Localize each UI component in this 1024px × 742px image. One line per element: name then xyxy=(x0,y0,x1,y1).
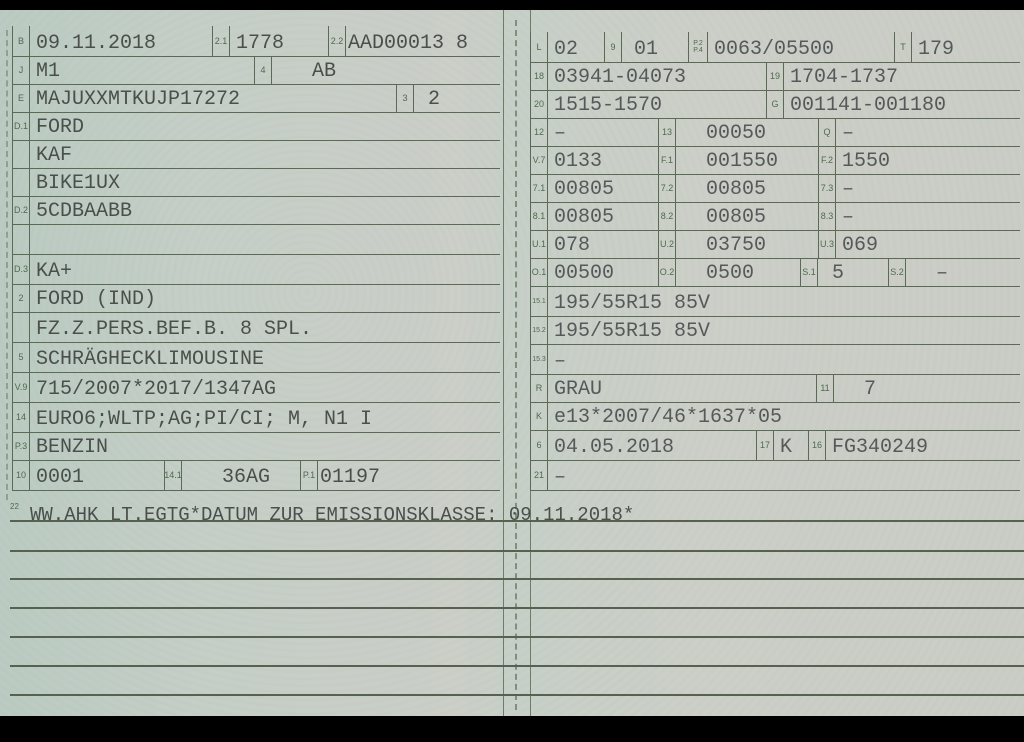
top-speed: 179 xyxy=(912,38,954,62)
vin-check-digit: 2 xyxy=(414,88,440,112)
row-15-3: 15.3– xyxy=(530,344,1020,375)
label-7-3: 7.3 xyxy=(818,174,836,202)
document-fold-spine xyxy=(503,10,531,716)
driven-axles: 01 xyxy=(622,38,688,62)
label-s1: S.1 xyxy=(800,258,818,286)
row-20: 20 1515-1570 G 001141-001180 xyxy=(530,90,1020,119)
label-q: Q xyxy=(818,118,836,146)
row-5-body: 5SCHRÄGHECKLIMOUSINE xyxy=(12,342,500,373)
label-17: 17 xyxy=(756,430,774,460)
blank-line-1 xyxy=(10,520,1024,522)
row-d1: D.1FORD xyxy=(12,112,500,141)
towing-unbraked: 0500 xyxy=(676,262,800,286)
label-15-1: 15.1 xyxy=(530,286,548,316)
version: 5CDBAABB xyxy=(30,200,132,224)
label-e: E xyxy=(12,84,30,112)
max-mass-permitted: 1550 xyxy=(836,150,890,174)
label-10: 10 xyxy=(12,460,30,490)
label-p2-p4: P.2 P.4 xyxy=(688,32,708,62)
towing-braked: 00500 xyxy=(548,262,658,286)
page-edge-perforation xyxy=(6,30,8,500)
blank-line-2 xyxy=(10,550,1024,552)
row-14: 14EURO6;WLTP;AG;PI/CI; M, N1 I xyxy=(12,402,500,433)
type-code: AAD00013 8 xyxy=(346,32,468,56)
row-12: 12 – 13 00050 Q – xyxy=(530,118,1020,147)
row-e: E MAJUXXMTKUJP17272 3 2 xyxy=(12,84,500,113)
make: FORD xyxy=(30,116,84,140)
right-column: L 02 9 01 P.2 P.4 0063/05500 T 179 18 03… xyxy=(530,32,1020,494)
drive-by-noise: 069 xyxy=(836,234,878,258)
manufacturer-name: FORD (IND) xyxy=(30,288,156,312)
label-o2: O.2 xyxy=(658,258,676,286)
row-v9: V.9715/2007*2017/1347AG xyxy=(12,372,500,403)
body-type-code: AB xyxy=(272,60,336,84)
row-u: U.1 078 U.2 03750 U.3 069 xyxy=(530,230,1020,259)
label-9: 9 xyxy=(604,32,622,62)
seats: 5 xyxy=(818,262,888,286)
vin: MAJUXXMTKUJP17272 xyxy=(30,88,396,112)
row-b: B 09.11.2018 2.1 1778 2.2 AAD00013 8 xyxy=(12,26,500,57)
row-j: J M1 4 AB xyxy=(12,56,500,85)
row-d2-empty xyxy=(12,224,500,255)
row-15-2: 15.2195/55R15 85V xyxy=(530,316,1020,345)
label-d3: D.3 xyxy=(12,254,30,284)
tyres-axle-1: 195/55R15 85V xyxy=(548,292,710,316)
blank-line-4 xyxy=(10,607,1024,609)
label-15-3: 15.3 xyxy=(530,344,548,374)
label-l: L xyxy=(530,32,548,62)
label-d2a xyxy=(12,140,30,168)
label-v7: V.7 xyxy=(530,146,548,174)
permitted-axle-load-2: 00805 xyxy=(676,206,818,230)
emission-code: 36AG xyxy=(182,466,300,490)
row-d2-version: D.25CDBAABB xyxy=(12,196,500,225)
emission-class: EURO6;WLTP;AG;PI/CI; M, N1 I xyxy=(30,408,372,432)
left-column: B 09.11.2018 2.1 1778 2.2 AAD00013 8 J M… xyxy=(12,26,500,506)
empty-mass: 001141-001180 xyxy=(784,94,946,118)
row-7: 7.1 00805 7.2 00805 7.3 – xyxy=(530,174,1020,203)
label-g: G xyxy=(766,90,784,118)
label-v9: V.9 xyxy=(12,372,30,402)
vehicle-class: M1 xyxy=(30,60,254,84)
row-2: 2FORD (IND) xyxy=(12,284,500,313)
label-o1: O.1 xyxy=(530,258,548,286)
label-13: 13 xyxy=(658,118,676,146)
width: 1704-1737 xyxy=(784,66,898,90)
type-approval-number: e13*2007/46*1637*05 xyxy=(548,406,782,430)
row-18: 18 03941-04073 19 1704-1737 xyxy=(530,62,1020,91)
first-registration-date: 09.11.2018 xyxy=(30,32,212,56)
permitted-axle-load-1: 00805 xyxy=(548,206,658,230)
tyres-axle-2: 195/55R15 85V xyxy=(548,320,710,344)
max-mass-technical: 001550 xyxy=(676,150,818,174)
label-6: 6 xyxy=(530,430,548,460)
label-2: 2 xyxy=(12,284,30,312)
label-j: J xyxy=(12,56,30,84)
row-d2-variant: BIKE1UX xyxy=(12,168,500,197)
axle-load-1: 00805 xyxy=(548,178,658,202)
label-15-2: 15.2 xyxy=(530,316,548,344)
remarks-text: WW.AHK LT.EGTG*DATUM ZUR EMISSIONSKLASSE… xyxy=(30,504,634,526)
type: KAF xyxy=(30,144,72,168)
length: 03941-04073 xyxy=(548,66,766,90)
axles: 02 xyxy=(548,38,604,62)
row-v7: V.7 0133 F.1 001550 F.2 1550 xyxy=(530,146,1020,175)
permitted-axle-load-3: – xyxy=(836,206,854,230)
support-load: 00050 xyxy=(676,122,818,146)
vehicle-class-description: FZ.Z.PERS.BEF.B. 8 SPL. xyxy=(30,318,312,342)
blank-line-6 xyxy=(10,665,1024,667)
label-22: 22 xyxy=(10,502,19,511)
row-21: 21– xyxy=(530,460,1020,491)
displacement: 01197 xyxy=(318,466,380,490)
label-k: K xyxy=(530,402,548,430)
power-weight-ratio: – xyxy=(836,122,854,146)
row-d3: D.3KA+ xyxy=(12,254,500,285)
registration-document: B 09.11.2018 2.1 1778 2.2 AAD00013 8 J M… xyxy=(0,10,1024,716)
label-16: 16 xyxy=(808,430,826,460)
variant: BIKE1UX xyxy=(30,172,120,196)
label-f1: F.1 xyxy=(658,146,676,174)
row-15-1: 15.1195/55R15 85V xyxy=(530,286,1020,317)
label-4: 4 xyxy=(254,56,272,84)
row-10: 10 0001 14.1 36AG P.1 01197 xyxy=(12,460,500,491)
label-20: 20 xyxy=(530,90,548,118)
axle-load-3: – xyxy=(836,178,854,202)
label-u3: U.3 xyxy=(818,230,836,258)
label-2-1: 2.1 xyxy=(212,26,230,56)
label-8-3: 8.3 xyxy=(818,202,836,230)
label-18: 18 xyxy=(530,62,548,90)
color: GRAU xyxy=(548,378,816,402)
row-r: R GRAU 11 7 xyxy=(530,374,1020,403)
noise-rpm: 03750 xyxy=(676,234,818,258)
co2: 0133 xyxy=(548,150,658,174)
row-p3: P.3BENZIN xyxy=(12,432,500,461)
fuel-code: 0001 xyxy=(30,466,164,490)
label-d2d xyxy=(12,224,30,254)
label-7-1: 7.1 xyxy=(530,174,548,202)
label-2-2: 2.2 xyxy=(328,26,346,56)
row-k: Ke13*2007/46*1637*05 xyxy=(530,402,1020,431)
power-rpm: 0063/05500 xyxy=(708,38,894,62)
label-d2b xyxy=(12,168,30,196)
row-o: O.1 00500 O.2 0500 S.1 5 S.2 – xyxy=(530,258,1020,287)
emission-directive: 715/2007*2017/1347AG xyxy=(30,378,276,402)
label-u1: U.1 xyxy=(530,230,548,258)
axle-load-2: 00805 xyxy=(676,178,818,202)
trade-name: KA+ xyxy=(30,260,72,284)
registration-certificate-number: FG340249 xyxy=(826,436,928,460)
standing-places: – xyxy=(906,262,948,286)
label-f2: F.2 xyxy=(818,146,836,174)
manufacturer-code: 1778 xyxy=(230,32,328,56)
approval-date: 04.05.2018 xyxy=(548,436,756,460)
row-l: L 02 9 01 P.2 P.4 0063/05500 T 179 xyxy=(530,32,1020,63)
label-3: 3 xyxy=(396,84,414,112)
other-notes: – xyxy=(548,466,566,490)
label-u2: U.2 xyxy=(658,230,676,258)
label-d2: D.2 xyxy=(12,196,30,224)
label-s2: S.2 xyxy=(888,258,906,286)
label-19: 19 xyxy=(766,62,784,90)
label-5: 5 xyxy=(12,342,30,372)
label-21: 21 xyxy=(530,460,548,490)
body-description: SCHRÄGHECKLIMOUSINE xyxy=(30,348,264,372)
row-6: 6 04.05.2018 17 K 16 FG340249 xyxy=(530,430,1020,461)
label-p1: P.1 xyxy=(300,460,318,490)
label-8-1: 8.1 xyxy=(530,202,548,230)
label-d1: D.1 xyxy=(12,112,30,140)
height: 1515-1570 xyxy=(548,94,766,118)
stationary-noise: 078 xyxy=(548,234,658,258)
color-code: 7 xyxy=(834,378,876,402)
label-11: 11 xyxy=(816,374,834,402)
row-8: 8.1 00805 8.2 00805 8.3 – xyxy=(530,202,1020,231)
label-14-1: 14.1 xyxy=(164,460,182,490)
label-14: 14 xyxy=(12,402,30,432)
row-d2-type: KAF xyxy=(12,140,500,169)
label-r: R xyxy=(530,374,548,402)
label-5a xyxy=(12,312,30,342)
row-5-class: FZ.Z.PERS.BEF.B. 8 SPL. xyxy=(12,312,500,343)
label-t: T xyxy=(894,32,912,62)
fuel-type: BENZIN xyxy=(30,436,108,460)
label-12: 12 xyxy=(530,118,548,146)
label-7-2: 7.2 xyxy=(658,174,676,202)
label-b: B xyxy=(12,26,30,56)
tyres-axle-3: – xyxy=(548,350,566,374)
label-8-2: 8.2 xyxy=(658,202,676,230)
label-p3: P.3 xyxy=(12,432,30,460)
blank-line-5 xyxy=(10,636,1024,638)
approval-code: K xyxy=(774,436,808,460)
tank-volume: – xyxy=(548,122,658,146)
blank-line-7 xyxy=(10,694,1024,696)
blank-line-3 xyxy=(10,578,1024,580)
